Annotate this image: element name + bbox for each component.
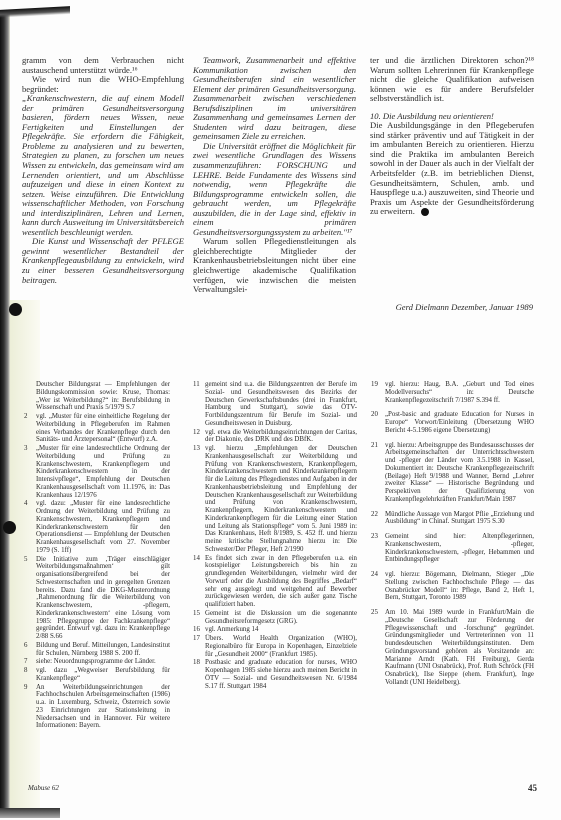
footnote-number: 16 bbox=[193, 626, 200, 634]
footnote-text: vgl. hierzu: Haug, B.A. „Geburt und Tod … bbox=[385, 381, 534, 404]
punch-hole-icon bbox=[3, 521, 16, 534]
paragraph: Warum sollen Pflegedienstleitungen als g… bbox=[193, 237, 356, 294]
footnote-number: 12 bbox=[193, 429, 200, 437]
journal-name: Mabuse 62 bbox=[28, 784, 59, 792]
footnote-text: Die Initiative zum ‚Träger einschlägiger… bbox=[36, 556, 170, 641]
footnote: 2vgl. „Muster für eine einheitliche Rege… bbox=[24, 413, 170, 444]
footnote: 15Gemeint ist die Diskussion um die soge… bbox=[193, 610, 357, 626]
footnote-number: 8 bbox=[24, 667, 27, 675]
footnote: 23Gemeint sind hier: Altenpflegerinnen, … bbox=[371, 533, 534, 564]
footnote-number: 7 bbox=[24, 658, 27, 666]
quote-paragraph: Die Kunst und Wissenschaft der PFLEGE ge… bbox=[22, 237, 184, 285]
footnote-number: 11 bbox=[193, 381, 200, 389]
body-column-3: ter und die ärztlichen Direktoren schon?… bbox=[370, 56, 534, 217]
footnote-text: vgl. hierzu: Arbeitsgruppe des Bundesaus… bbox=[385, 442, 534, 503]
paragraph: ter und die ärztlichen Direktoren schon?… bbox=[370, 56, 534, 104]
footnote-text: Es findet sich zwar in den Pflegeberufen… bbox=[205, 555, 357, 609]
footnote-text: Deutscher Bildungsrat — Empfehlungen der… bbox=[36, 381, 170, 411]
footnote: 25Am 10. Mai 1989 wurde in Frankfurt/Mai… bbox=[371, 609, 534, 687]
footnote-text: „Muster für eine landesrechtliche Ordnun… bbox=[36, 445, 170, 499]
bottom-corner-shadow bbox=[0, 808, 60, 818]
footnote: 20„Post-basic and graduate Education for… bbox=[371, 411, 534, 434]
page-corner-shadow bbox=[0, 6, 70, 18]
book-binding-shadow bbox=[0, 10, 10, 810]
footnote-number: 18 bbox=[193, 659, 200, 667]
footnote-number: 4 bbox=[24, 500, 27, 508]
footnotes-column-3: 19vgl. hierzu: Haug, B.A. „Geburt und To… bbox=[371, 381, 534, 694]
footnote-number: 22 bbox=[371, 511, 378, 519]
footnote: 21vgl. hierzu: Arbeitsgruppe des Bundesa… bbox=[371, 442, 534, 504]
footnote-text: Mündliche Aussage von Margot Pflie „Erzi… bbox=[385, 511, 534, 526]
paragraph: gramm von dem Verbrauchen nicht austausc… bbox=[22, 56, 184, 75]
footnote: 3„Muster für eine landesrechtliche Ordnu… bbox=[24, 445, 170, 499]
footnote-text: vgl. hierzu: Bögemann, Dielmann, Stieger… bbox=[385, 571, 534, 601]
footnote-text: vgl. hierzu „Empfehlungen der Deutschen … bbox=[205, 445, 357, 553]
footnote-text: Bildung und Beruf. Mitteilungen, Landesi… bbox=[36, 642, 170, 657]
footnote-number: 5 bbox=[24, 556, 27, 564]
footnote-text: Am 10. Mai 1989 wurde in Frankfurt/Main … bbox=[385, 609, 534, 686]
footnote-number: 9 bbox=[24, 684, 27, 692]
footnote-number: 19 bbox=[371, 381, 378, 389]
footnote-text: vgl. Anmerkung 14 bbox=[205, 626, 258, 633]
footnote: 14Es findet sich zwar in den Pflegeberuf… bbox=[193, 555, 357, 609]
paragraph-text: Die Ausbildungsgänge in den Pflegeberufe… bbox=[370, 120, 534, 216]
footnote-text: vgl. etwa die Weiterbildungseinrichtunge… bbox=[205, 429, 357, 444]
page-number: 45 bbox=[528, 783, 537, 793]
footnote: 4vgl. dazu: „Muster für eine landesrecht… bbox=[24, 500, 170, 554]
quote-paragraph: „Krankenschwestern, die auf einem Modell… bbox=[22, 94, 184, 237]
footnotes-column-1: Deutscher Bildungsrat — Empfehlungen der… bbox=[24, 381, 170, 731]
footnote-number: 13 bbox=[193, 445, 200, 453]
footnote: 11gemeint sind u.a. die Bildungszentren … bbox=[193, 381, 357, 428]
footnote: Deutscher Bildungsrat — Empfehlungen der… bbox=[24, 381, 170, 412]
footnote-number: 20 bbox=[371, 411, 378, 419]
footnote: 5Die Initiative zum ‚Träger einschlägige… bbox=[24, 556, 170, 641]
paragraph: Wie wird nun die WHO-Empfehlung begründe… bbox=[22, 75, 184, 94]
footnote-text: vgl. „Muster für eine einheitliche Regel… bbox=[36, 413, 170, 443]
footnote-number: 25 bbox=[371, 609, 378, 617]
footnote-text: Übers. World Health Organization (WHO), … bbox=[205, 635, 357, 658]
quote-paragraph: Die Universität eröffnet die Möglichkeit… bbox=[193, 142, 356, 237]
author-signature: Gerd Dielmann Dezember, Januar 1989 bbox=[383, 302, 533, 312]
footnote-number: 21 bbox=[371, 442, 378, 450]
footnote-number: 15 bbox=[193, 610, 200, 618]
footnote: 12vgl. etwa die Weiterbildungseinrichtun… bbox=[193, 429, 357, 445]
quote-paragraph: Teamwork, Zusammenarbeit und effektive K… bbox=[193, 56, 356, 142]
footnote: 9An Weiterbildungseinrichtungen der Fach… bbox=[24, 684, 170, 731]
footnote-number: 23 bbox=[371, 533, 378, 541]
footnote-number: 17 bbox=[193, 635, 200, 643]
footnote: 24vgl. hierzu: Bögemann, Dielmann, Stieg… bbox=[371, 571, 534, 602]
footnote-number: 6 bbox=[24, 642, 27, 650]
footnote-number: 24 bbox=[371, 571, 378, 579]
footnote-text: Gemeint ist die Diskussion um die sogena… bbox=[205, 610, 357, 625]
footnote: 22Mündliche Aussage von Margot Pflie „Er… bbox=[371, 511, 534, 527]
end-of-article-bullet-icon bbox=[421, 208, 429, 216]
footnote: 16vgl. Anmerkung 14 bbox=[193, 626, 357, 634]
footnote-text: vgl. dazu „Wegweiser Berufsbildung für K… bbox=[36, 667, 170, 682]
footnote: 17Übers. World Health Organization (WHO)… bbox=[193, 635, 357, 658]
footnote-number: 2 bbox=[24, 413, 27, 421]
paragraph: Die Ausbildungsgänge in den Pflegeberufe… bbox=[370, 121, 534, 216]
footnote-text: siehe: Neuordnungsprogramme der Länder. bbox=[36, 658, 156, 665]
body-column-1: gramm von dem Verbrauchen nicht austausc… bbox=[22, 56, 184, 285]
footnote-number: 3 bbox=[24, 445, 27, 453]
footnote: 7siehe: Neuordnungsprogramme der Länder. bbox=[24, 658, 170, 666]
footnote-text: „Post-basic and graduate Education for N… bbox=[385, 411, 534, 434]
body-column-2: Teamwork, Zusammenarbeit und effektive K… bbox=[193, 56, 356, 295]
footnote: 6Bildung und Beruf. Mitteilungen, Landes… bbox=[24, 642, 170, 658]
footnote: 8vgl. dazu „Wegweiser Berufsbildung für … bbox=[24, 667, 170, 683]
footnote-text: vgl. dazu: „Muster für eine landesrechtl… bbox=[36, 500, 170, 554]
footnote-text: Gemeint sind hier: Altenpflegerinnen, Kr… bbox=[385, 533, 534, 563]
footnote: 19vgl. hierzu: Haug, B.A. „Geburt und To… bbox=[371, 381, 534, 404]
footnote-text: Postbasic and graduate education for nur… bbox=[205, 659, 357, 689]
footnote-text: gemeint sind u.a. die Bildungszentren de… bbox=[205, 381, 357, 427]
footnote: 18Postbasic and graduate education for n… bbox=[193, 659, 357, 690]
footnote-text: An Weiterbildungseinrichtungen der Fachh… bbox=[36, 684, 170, 730]
scanned-page: gramm von dem Verbrauchen nicht austausc… bbox=[0, 0, 561, 820]
footnotes-column-2: 11gemeint sind u.a. die Bildungszentren … bbox=[193, 381, 357, 691]
footnote: 13vgl. hierzu „Empfehlungen der Deutsche… bbox=[193, 445, 357, 554]
punch-hole-icon bbox=[9, 303, 22, 316]
footnote-number: 14 bbox=[193, 555, 200, 563]
